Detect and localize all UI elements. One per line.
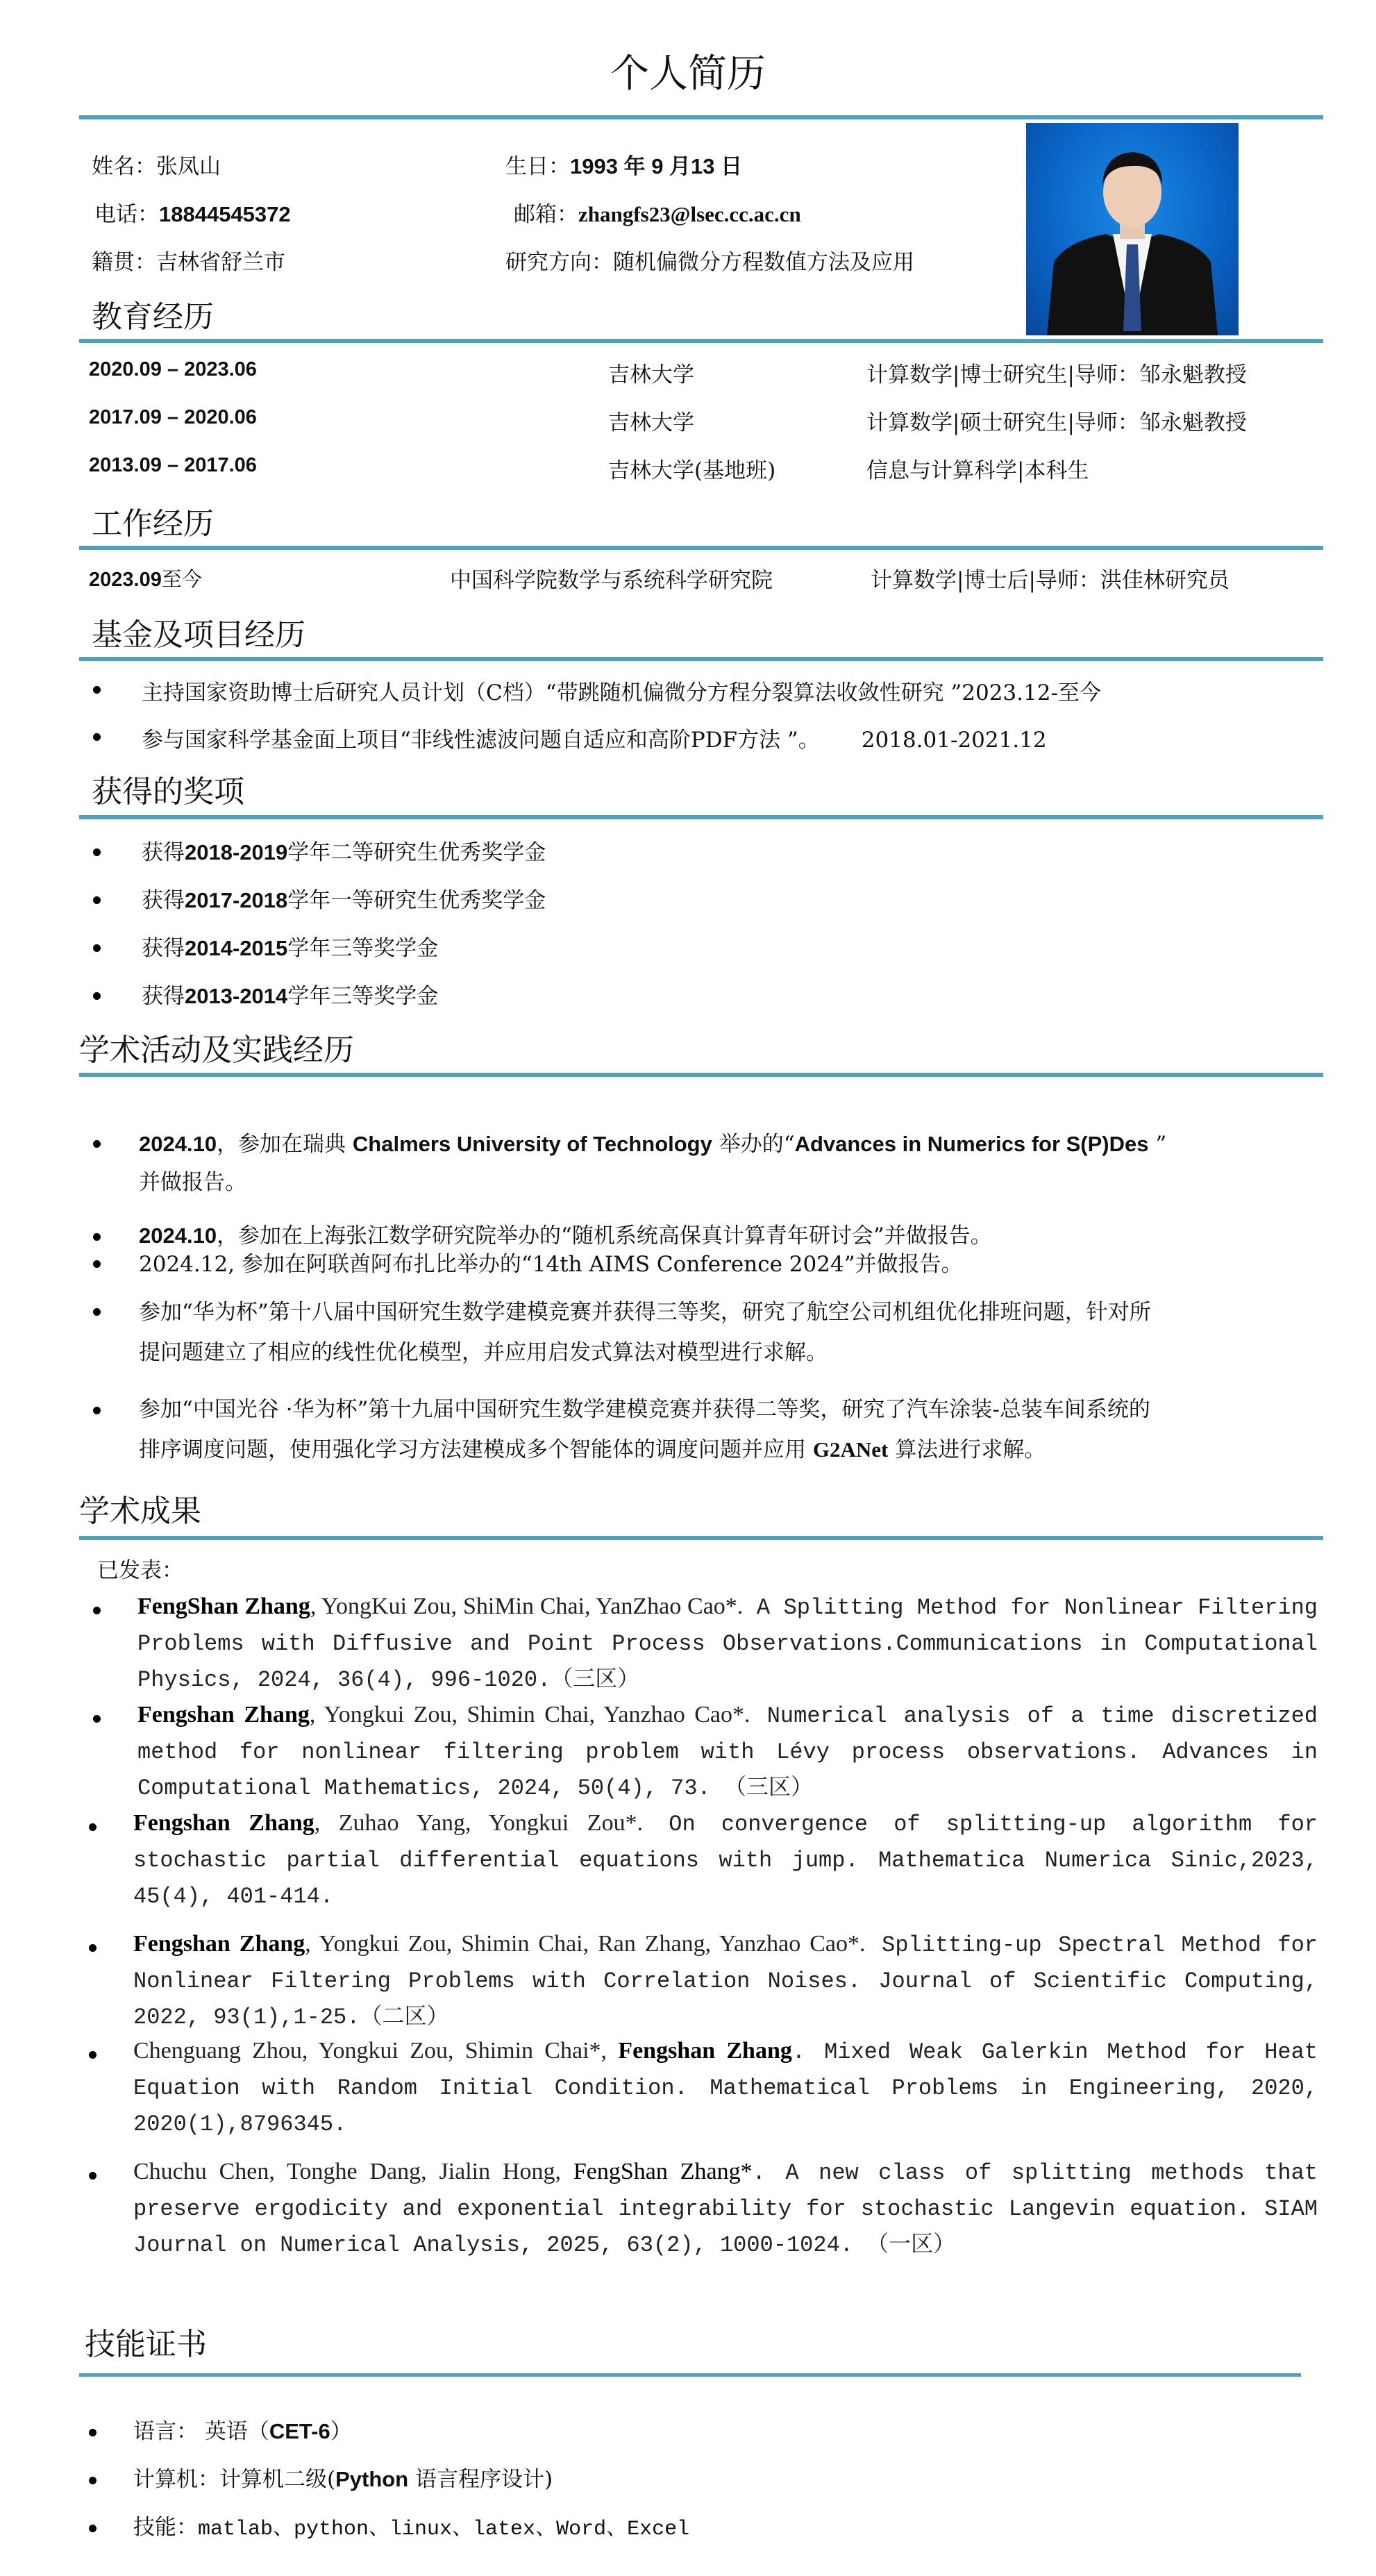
publication-item: Chenguang Zhou, Yongkui Zou, Shimin Chai… [133, 2033, 1318, 2143]
bullet-icon [93, 944, 101, 952]
publication-item: Fengshan Zhang, Yongkui Zou, Shimin Chai… [133, 1926, 1318, 2036]
divider [79, 657, 1323, 661]
bullet-icon [93, 733, 101, 741]
bullet-icon [89, 1944, 97, 1952]
bullet-icon [93, 686, 101, 694]
hometown-field: 籍贯：吉林省舒兰市 [92, 244, 285, 276]
name-field: 姓名：张凤山 [92, 149, 221, 180]
publication-item: Chuchu Chen, Tonghe Dang, Jialin Hong, F… [133, 2154, 1318, 2264]
award-item: 获得2014-2015学年三等奖学金 [142, 930, 438, 962]
edu-date: 2013.09 – 2017.06 [89, 454, 257, 477]
bullet-icon [93, 1715, 101, 1723]
edu-date: 2020.09 – 2023.06 [89, 358, 257, 381]
award-item: 获得2013-2014学年三等奖学金 [142, 978, 438, 1010]
activity-item: 2024.10，参加在瑞典 Chalmers University of Tec… [139, 1126, 1166, 1157]
phone-field: 电话：18844545372 [94, 196, 291, 228]
divider [79, 1536, 1323, 1540]
bullet-icon [93, 896, 101, 904]
publication-item: Fengshan Zhang, Yongkui Zou, Shimin Chai… [137, 1697, 1318, 1807]
edu-detail: 信息与计算科学|本科生 [866, 453, 1089, 484]
edu-school: 吉林大学 [608, 405, 694, 436]
project-item: 主持国家资助博士后研究人员计划（C档）“带跳随机偏微分方程分裂算法收敛性研究 ”… [142, 675, 1101, 706]
bullet-icon [93, 1407, 101, 1414]
activity-item: 参加“中国光谷 ·华为杯”第十九届中国研究生数学建模竞赛并获得二等奖，研究了汽车… [139, 1391, 1150, 1423]
bullet-icon [93, 992, 101, 1000]
divider [79, 1073, 1323, 1077]
award-item: 获得2018-2019学年二等研究生优秀奖学金 [142, 835, 546, 866]
skill-item-tools: 技能：matlab、python、linux、latex、Word、Excel [133, 2509, 689, 2541]
activity-item: 参加“华为杯”第十八届中国研究生数学建模竞赛并获得三等奖，研究了航空公司机组优化… [139, 1294, 1151, 1325]
award-item: 获得2017-2018学年一等研究生优秀奖学金 [142, 883, 546, 914]
activity-item-cont: 提问题建立了相应的线性优化模型，并应用启发式算法对模型进行求解。 [139, 1335, 828, 1366]
email-field: 邮箱：zhangfs23@lsec.cc.ac.cn [514, 196, 801, 228]
section-heading-education: 教育经历 [92, 292, 214, 336]
section-heading-projects: 基金及项目经历 [92, 610, 305, 654]
divider [79, 815, 1323, 819]
skill-item-computer: 计算机：计算机二级(Python 语言程序设计) [133, 2461, 553, 2493]
bullet-icon [93, 1260, 101, 1268]
bullet-icon [89, 2525, 97, 2532]
activity-item-cont: 排序调度问题，使用强化学习方法建模成多个智能体的调度问题并应用 G2ANet 算… [139, 1432, 1046, 1463]
bullet-icon [89, 2172, 97, 2180]
activity-item: 2024.12, 参加在阿联酋阿布扎比举办的“14th AIMS Confere… [139, 1246, 963, 1278]
birth-field: 生日：1993 年 9 月13 日 [505, 149, 742, 180]
work-detail: 计算数学|博士后|导师：洪佳林研究员 [871, 562, 1230, 594]
bullet-icon [93, 1607, 101, 1614]
bullet-icon [93, 1140, 101, 1148]
bullet-icon [93, 1233, 101, 1241]
section-heading-publications: 学术成果 [79, 1486, 201, 1530]
bullet-icon [93, 1308, 101, 1316]
published-label: 已发表： [97, 1553, 183, 1584]
project-item: 参与国家科学基金面上项目“非线性滤波问题自适应和高阶PDF方法 ”。2018.0… [142, 722, 1047, 753]
person-portrait-icon [1026, 123, 1239, 335]
divider [79, 2373, 1301, 2377]
page-title: 个人简历 [0, 43, 1376, 99]
divider [79, 339, 1323, 343]
skill-item-language: 语言： 英语（CET-6） [133, 2414, 352, 2445]
activity-item: 2024.10，参加在上海张江数学研究院举办的“随机系统高保真计算青年研讨会”并… [139, 1218, 992, 1249]
bullet-icon [93, 848, 101, 856]
work-org: 中国科学院数学与系统科学研究院 [450, 562, 773, 594]
edu-date: 2017.09 – 2020.06 [89, 406, 257, 429]
publication-item: Fengshan Zhang, Zuhao Yang, Yongkui Zou*… [133, 1805, 1318, 1915]
section-heading-awards: 获得的奖项 [92, 767, 244, 811]
activity-item-cont: 并做报告。 [139, 1164, 246, 1196]
divider [79, 115, 1323, 119]
bullet-icon [89, 1823, 97, 1831]
bullet-icon [89, 2429, 97, 2436]
edu-school: 吉林大学 [608, 357, 694, 388]
profile-photo [1026, 123, 1239, 335]
edu-detail: 计算数学|硕士研究生|导师：邹永魁教授 [866, 405, 1247, 436]
bullet-icon [89, 2051, 97, 2059]
bullet-icon [89, 2477, 97, 2484]
section-heading-skills: 技能证书 [85, 2319, 207, 2364]
edu-school: 吉林大学(基地班) [608, 453, 775, 484]
work-date: 2023.09至今 [89, 564, 202, 592]
publication-item: FengShan Zhang, YongKui Zou, ShiMin Chai… [137, 1589, 1318, 1698]
section-heading-activities: 学术活动及实践经历 [79, 1025, 354, 1069]
edu-detail: 计算数学|博士研究生|导师：邹永魁教授 [866, 357, 1247, 388]
divider [79, 546, 1323, 550]
research-field: 研究方向：随机偏微分方程数值方法及应用 [505, 244, 914, 276]
section-heading-work: 工作经历 [92, 499, 214, 543]
